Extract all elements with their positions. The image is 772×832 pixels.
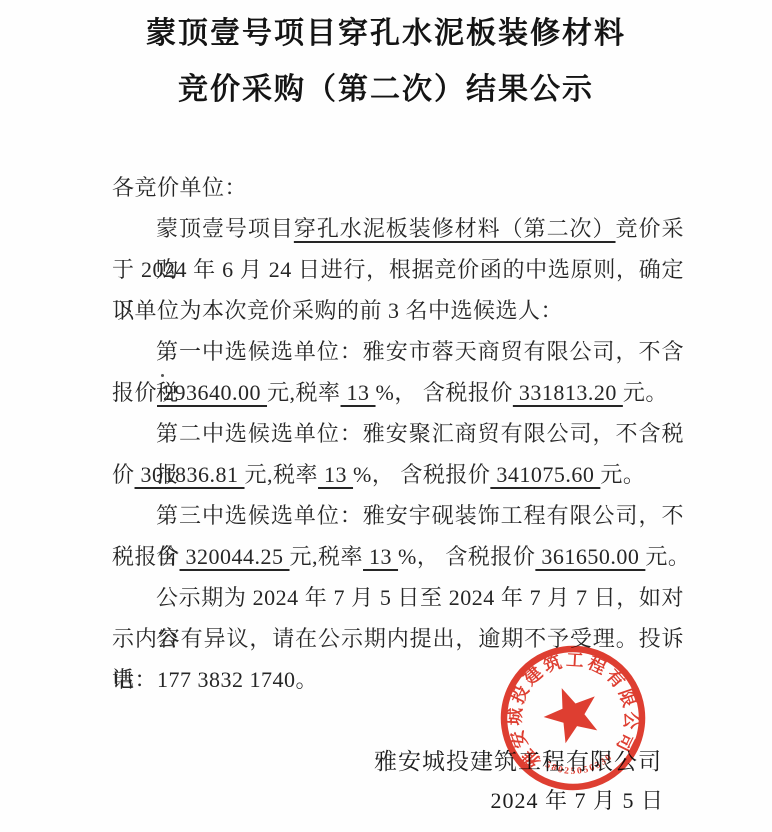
seal-star bbox=[536, 678, 607, 747]
underlined-value: 13 bbox=[363, 544, 398, 569]
underlined-value: 13 bbox=[318, 462, 353, 487]
doc-line: 公示期为 2024 年 7 月 5 日至 2024 年 7 月 7 日，如对公 bbox=[112, 577, 684, 618]
doc-title-line-2: 竞价采购（第二次）结果公示 bbox=[0, 62, 772, 118]
underlined-value: 361650.00 bbox=[535, 544, 645, 569]
underlined-value: 293640.00 bbox=[157, 380, 267, 405]
doc-line: 报价 293640.00 元,税率 13 %， 含税报价 331813.20 元… bbox=[112, 372, 684, 413]
doc-line: 税报价 320044.25 元,税率 13 %， 含税报价 361650.00 … bbox=[112, 536, 684, 577]
doc-line: 下单位为本次竞价采购的前 3 名中选候选人： bbox=[112, 290, 684, 331]
scan-artifact-dot bbox=[161, 374, 164, 377]
doc-line: 各竞价单位： bbox=[112, 167, 684, 208]
doc-line: 第二中选候选单位：雅安聚汇商贸有限公司，不含税报 bbox=[112, 413, 684, 454]
underlined-value: 13 bbox=[341, 380, 376, 405]
doc-line: 价 301836.81 元,税率 13 %， 含税报价 341075.60 元。 bbox=[112, 454, 684, 495]
text-segment: %， 含税报价 bbox=[398, 544, 535, 569]
doc-title: 蒙顶壹号项目穿孔水泥板装修材料 竞价采购（第二次）结果公示 bbox=[0, 6, 772, 118]
text-segment: 元,税率 bbox=[267, 380, 341, 405]
text-segment: 蒙顶壹号项目 bbox=[156, 216, 294, 241]
text-segment: %， 含税报价 bbox=[376, 380, 513, 405]
text-segment: 元。 bbox=[623, 380, 668, 405]
text-segment: %， 含税报价 bbox=[353, 462, 490, 487]
document-page: 蒙顶壹号项目穿孔水泥板装修材料 竞价采购（第二次）结果公示 各竞价单位：蒙顶壹号… bbox=[0, 0, 772, 832]
doc-line: 第三中选候选单位：雅安宇砚装饰工程有限公司，不含 bbox=[112, 495, 684, 536]
text-segment: 元。 bbox=[600, 462, 645, 487]
underlined-value: 331813.20 bbox=[513, 380, 623, 405]
text-segment: 元。 bbox=[645, 544, 690, 569]
doc-title-line-1: 蒙顶壹号项目穿孔水泥板装修材料 bbox=[0, 6, 772, 62]
underlined-value: 301836.81 bbox=[135, 462, 245, 487]
text-segment: 元,税率 bbox=[245, 462, 319, 487]
text-segment: 报价 bbox=[112, 380, 157, 405]
doc-line: 于 2024 年 6 月 24 日进行，根据竞价函的中选原则，确定以 bbox=[112, 249, 684, 290]
underlined-value: 320044.25 bbox=[180, 544, 290, 569]
doc-line: 第一中选候选单位：雅安市蓉天商贸有限公司，不含税 bbox=[112, 331, 684, 372]
underlined-value: 穿孔水泥板装修材料（第二次） bbox=[294, 216, 616, 241]
text-segment: 元,税率 bbox=[290, 544, 364, 569]
text-segment: 下单位为本次竞价采购的前 3 名中选候选人： bbox=[112, 298, 563, 323]
doc-body: 各竞价单位：蒙顶壹号项目穿孔水泥板装修材料（第二次）竞价采购于 2024 年 6… bbox=[112, 167, 684, 700]
company-seal: 雅安城投建筑工程有限公司 58025050330 bbox=[497, 642, 649, 794]
text-segment: 各竞价单位： bbox=[112, 175, 247, 200]
text-segment: 话：177 3832 1740。 bbox=[112, 667, 318, 692]
text-segment: 价 bbox=[112, 462, 135, 487]
underlined-value: 341075.60 bbox=[490, 462, 600, 487]
doc-line: 蒙顶壹号项目穿孔水泥板装修材料（第二次）竞价采购 bbox=[112, 208, 684, 249]
text-segment: 税报价 bbox=[112, 544, 180, 569]
